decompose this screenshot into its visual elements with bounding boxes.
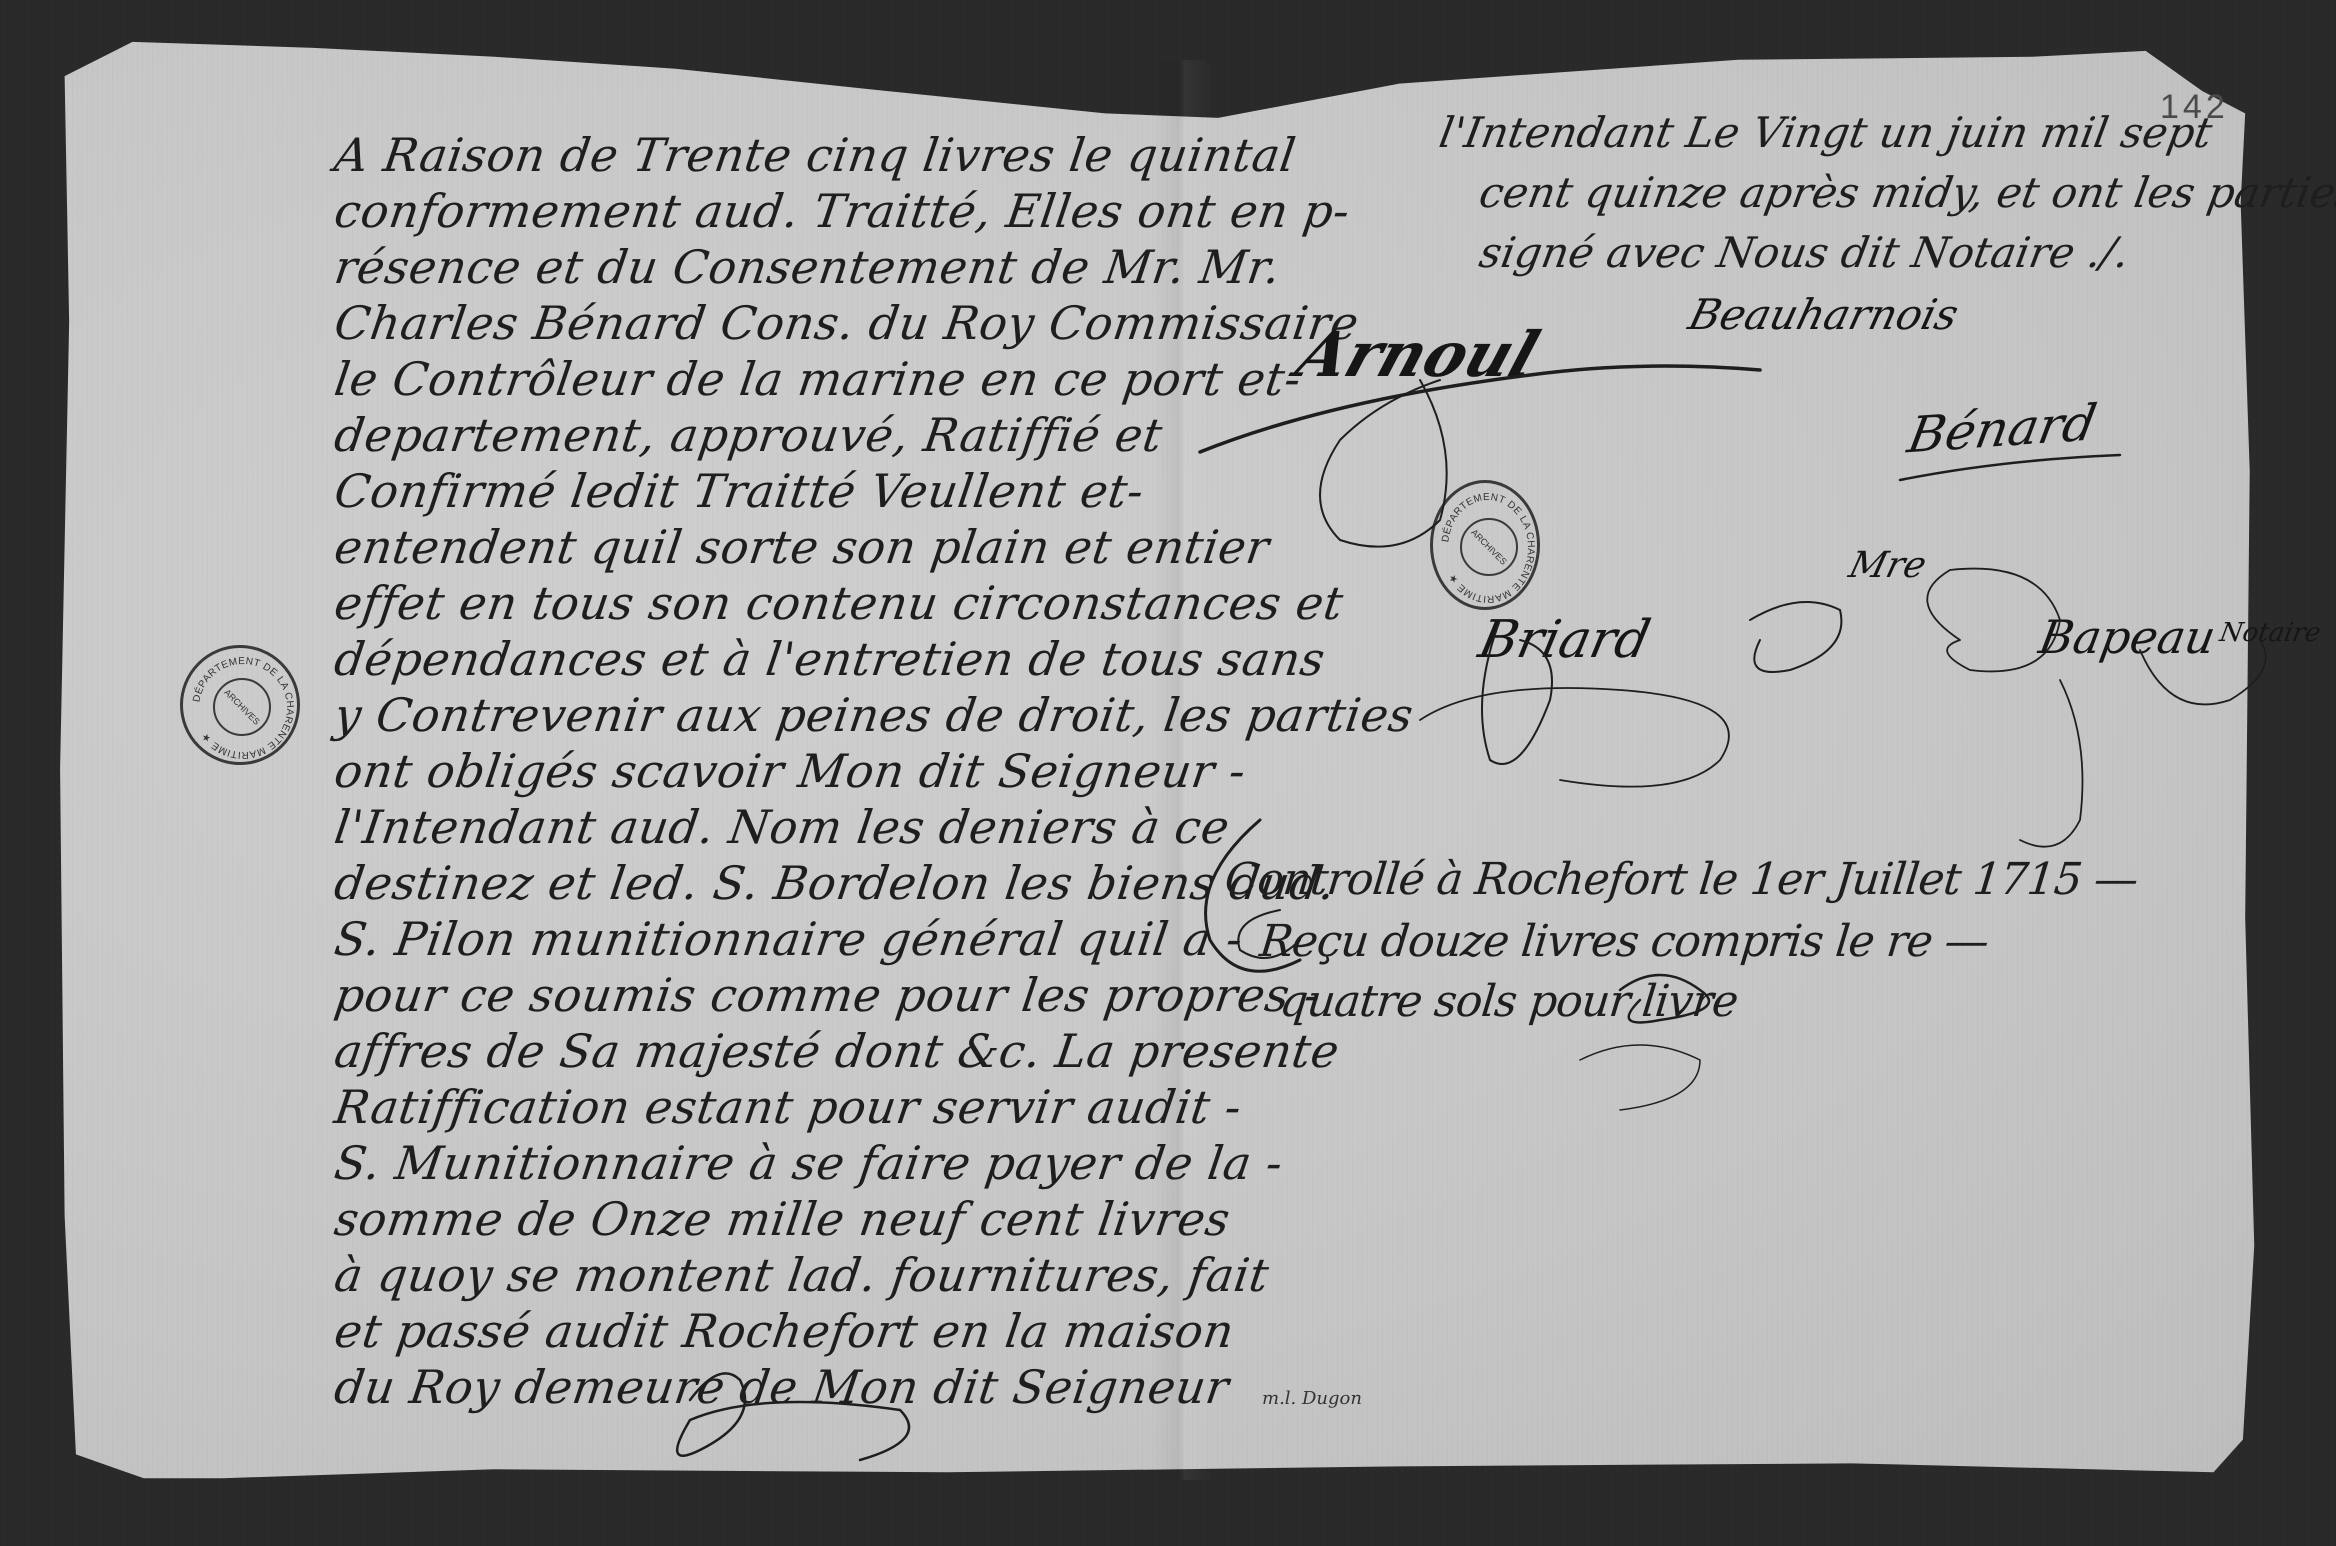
archive-stamp-right: DÉPARTEMENT DE LA CHARENTE MARITIME ★ AR… [1430,480,1540,610]
left-line-4: Charles Bénard Cons. du Roy Commissaire [332,300,1362,346]
scan-background: 142 A Raison de Trente cinq livres le qu… [0,0,2336,1546]
left-line-11: y Contrevenir aux peines de droit, les p… [332,692,1416,738]
left-line-10: dépendances et à l'entretien de tous san… [332,636,1328,682]
signature-bapeau: Bapeau [2035,610,2219,664]
right-line-2: cent quinze après midy, et ont les parti… [1476,172,2336,214]
left-line-22: et passé audit Rochefort en la maison [332,1308,1237,1354]
signature-arnoul: Arnoul [1288,318,1548,391]
signature-mre: Mre [1845,545,1931,586]
left-line-13: l'Intendant aud. Nom les deniers à ce [332,804,1233,850]
right-line-3: signé avec Nous dit Notaire ./. [1476,232,2132,274]
left-line-9: effet en tous son contenu circonstances … [332,580,1346,626]
footer-note: m.l. Dugon [1262,1388,1362,1409]
left-line-23: du Roy demeure de Mon dit Seigneur [332,1364,1232,1410]
left-line-19: S. Munitionnaire à se faire payer de la … [332,1140,1286,1186]
left-line-15: S. Pilon munitionnaire général quil a - [332,916,1246,962]
left-line-7: Confirmé ledit Traitté Veullent et- [332,468,1147,514]
left-line-18: Ratiffication estant pour servir audit - [332,1084,1245,1130]
control-line-3: quatre sols pour livre [1278,980,1740,1024]
left-line-2: conformement aud. Traitté, Elles ont en … [332,188,1353,234]
left-line-16: pour ce soumis comme pour les propres - [332,972,1324,1018]
right-line-1: l'Intendant Le Vingt un juin mil sept [1436,112,2215,154]
left-line-14: destinez et led. S. Bordelon les biens d… [332,860,1339,906]
archive-stamp-left: DÉPARTEMENT DE LA CHARENTE MARITIME ★ AR… [180,645,300,765]
left-line-5: le Contrôleur de la marine en ce port et… [332,356,1304,402]
left-line-8: entendent quil sorte son plain et entier [332,524,1272,570]
left-line-21: à quoy se montent lad. fournitures, fait [332,1252,1272,1298]
signature-notaire: Notaire [2217,618,2323,648]
control-line-2: Reçu douze livres compris le re — [1258,920,1990,964]
left-line-12: ont obligés scavoir Mon dit Seigneur - [332,748,1249,794]
signature-beauharnois: Beauharnois [1684,290,1964,339]
control-line-1: Controllé à Rochefort le 1er Juillet 171… [1223,858,2140,902]
left-line-17: affres de Sa majesté dont &c. La present… [332,1028,1342,1074]
left-line-1: A Raison de Trente cinq livres le quinta… [332,132,1299,178]
left-line-6: departement, approuvé, Ratiffié et [332,412,1166,458]
left-line-3: résence et du Consentement de Mr. Mr. [332,244,1284,290]
left-line-20: somme de Onze mille neuf cent livres [332,1196,1233,1242]
signature-briard: Briard [1474,610,1656,670]
